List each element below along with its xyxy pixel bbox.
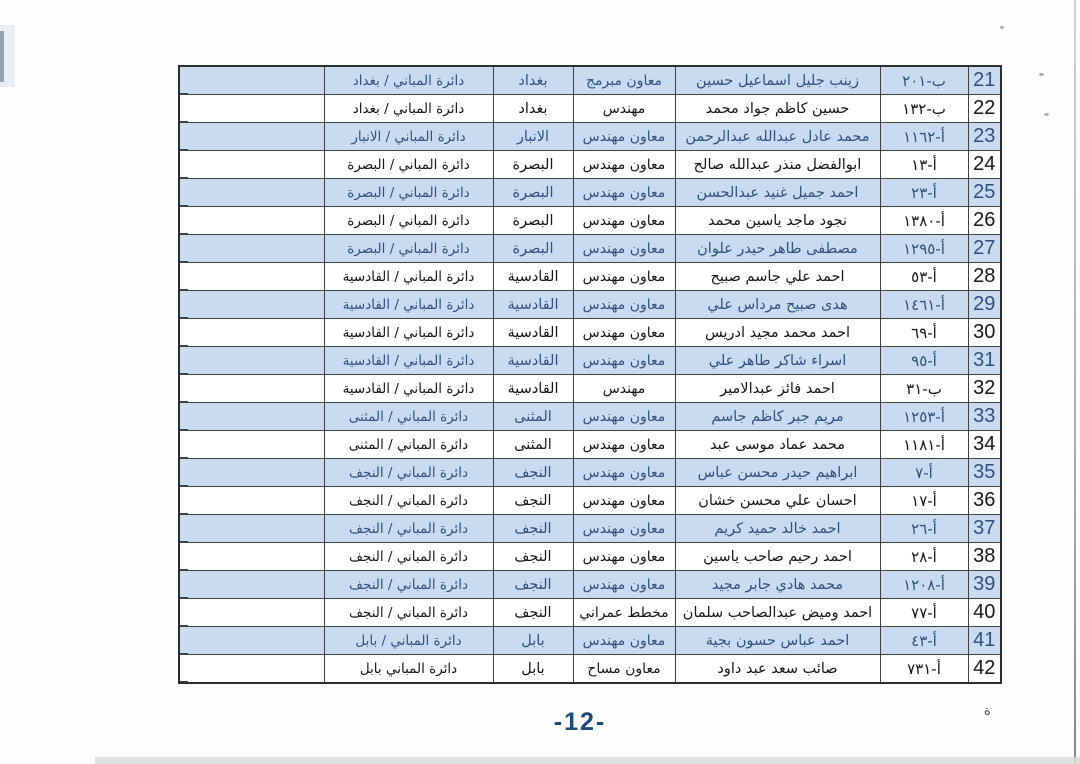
employee-name-cell: مريم جبر كاظم جاسم <box>675 403 880 431</box>
row-number-cell: 28 <box>968 263 1001 291</box>
employee-code-cell: ب-١٣٢ <box>880 95 968 123</box>
page-number: -12- <box>554 708 606 737</box>
department-cell: دائرة المباني / النجف <box>324 599 493 627</box>
employee-name-cell: احمد رحيم صاحب ياسين <box>675 543 880 571</box>
table-row: 23أ-١١٦٢محمد عادل عبدالله عبدالرحمنمعاون… <box>179 123 1001 151</box>
governorate-cell: بابل <box>493 655 573 684</box>
employee-code-cell: أ-١٧ <box>880 487 968 515</box>
job-title-cell: مهندس <box>573 95 675 123</box>
table-row: 33أ-١٢٥٣مريم جبر كاظم جاسممعاون مهندسالم… <box>179 403 1001 431</box>
employee-code-cell: أ-٦٩ <box>880 319 968 347</box>
employee-code-cell: أ-١٣ <box>880 151 968 179</box>
row-number-cell: 42 <box>968 655 1001 684</box>
job-title-cell: مخطط عمراني <box>573 599 675 627</box>
table-row: 35أ-٧ابراهيم حيدر محسن عباسمعاون مهندسال… <box>179 459 1001 487</box>
employee-code-cell: أ-١١٦٢ <box>880 123 968 151</box>
employee-code-cell: ب-٢٠١ <box>880 66 968 95</box>
blank-cell <box>179 571 324 599</box>
job-title-cell: معاون مهندس <box>573 627 675 655</box>
scanned-document-page: 21ب-٢٠١زينب جليل اسماعيل حسينمعاون مبرمج… <box>0 0 1080 764</box>
job-title-cell: معاون مهندس <box>573 179 675 207</box>
employee-code-cell: ب-٣١ <box>880 375 968 403</box>
blank-cell <box>179 431 324 459</box>
table-row: 24أ-١٣ابوالفضل منذر عبدالله صالحمعاون مه… <box>179 151 1001 179</box>
employee-code-cell: أ-٤٣ <box>880 627 968 655</box>
department-cell: دائرة المباني / بغداد <box>324 95 493 123</box>
employee-code-cell: أ-٢٣ <box>880 179 968 207</box>
row-number-cell: 30 <box>968 319 1001 347</box>
employee-code-cell: أ-١٢٥٣ <box>880 403 968 431</box>
governorate-cell: النجف <box>493 599 573 627</box>
governorate-cell: البصرة <box>493 235 573 263</box>
employee-name-cell: محمد عادل عبدالله عبدالرحمن <box>675 123 880 151</box>
blank-cell <box>179 179 324 207</box>
job-title-cell: معاون مهندس <box>573 319 675 347</box>
scan-bottom-shadow <box>95 757 1080 764</box>
blank-cell <box>179 207 324 235</box>
employee-name-cell: احسان علي محسن خشان <box>675 487 880 515</box>
row-number-cell: 41 <box>968 627 1001 655</box>
blank-cell <box>179 347 324 375</box>
blank-cell <box>179 263 324 291</box>
department-cell: دائرة المباني / النجف <box>324 543 493 571</box>
blank-cell <box>179 655 324 684</box>
governorate-cell: النجف <box>493 487 573 515</box>
employee-code-cell: أ-٧٧ <box>880 599 968 627</box>
row-number-cell: 37 <box>968 515 1001 543</box>
row-number-cell: 31 <box>968 347 1001 375</box>
blank-cell <box>179 151 324 179</box>
governorate-cell: النجف <box>493 543 573 571</box>
department-cell: دائرة المباني / بابل <box>324 627 493 655</box>
governorate-cell: القادسية <box>493 347 573 375</box>
department-cell: دائرة المباني / القادسية <box>324 291 493 319</box>
row-number-cell: 35 <box>968 459 1001 487</box>
employee-code-cell: أ-٢٦ <box>880 515 968 543</box>
job-title-cell: معاون مهندس <box>573 235 675 263</box>
employee-name-cell: احمد محمد مجيد ادريس <box>675 319 880 347</box>
table-row: 38أ-٢٨احمد رحيم صاحب ياسينمعاون مهندسالن… <box>179 543 1001 571</box>
department-cell: دائرة المباني / البصرة <box>324 235 493 263</box>
governorate-cell: المثنى <box>493 403 573 431</box>
department-cell: دائرة المباني / القادسية <box>324 263 493 291</box>
employee-table-body: 21ب-٢٠١زينب جليل اسماعيل حسينمعاون مبرمج… <box>179 66 1001 683</box>
row-number-cell: 29 <box>968 291 1001 319</box>
department-cell: دائرة المباني / القادسية <box>324 347 493 375</box>
job-title-cell: معاون مهندس <box>573 431 675 459</box>
blank-cell <box>179 403 324 431</box>
department-cell: دائرة المباني / القادسية <box>324 375 493 403</box>
employee-name-cell: صائب سعد عبد داود <box>675 655 880 684</box>
row-number-cell: 25 <box>968 179 1001 207</box>
table-row: 28أ-٥٣احمد علي جاسم صبيحمعاون مهندسالقاد… <box>179 263 1001 291</box>
table-row: 29أ-١٤٦١هدى صبيح مرداس عليمعاون مهندسالق… <box>179 291 1001 319</box>
employee-name-cell: احمد خالد حميد كريم <box>675 515 880 543</box>
job-title-cell: معاون مهندس <box>573 543 675 571</box>
table-row: 37أ-٢٦احمد خالد حميد كريممعاون مهندسالنج… <box>179 515 1001 543</box>
row-number-cell: 32 <box>968 375 1001 403</box>
job-title-cell: معاون مهندس <box>573 151 675 179</box>
employee-code-cell: أ-١٤٦١ <box>880 291 968 319</box>
scan-right-edge-line <box>1074 0 1076 764</box>
blank-cell <box>179 235 324 263</box>
department-cell: دائرة المباني / الانبار <box>324 123 493 151</box>
department-cell: دائرة المباني / النجف <box>324 515 493 543</box>
row-number-cell: 24 <box>968 151 1001 179</box>
employee-code-cell: أ-١١٨١ <box>880 431 968 459</box>
table-row: 25أ-٢٣احمد جميل غنيد عبدالحسنمعاون مهندس… <box>179 179 1001 207</box>
blank-cell <box>179 459 324 487</box>
governorate-cell: النجف <box>493 515 573 543</box>
blank-cell <box>179 95 324 123</box>
department-cell: دائرة المباني / النجف <box>324 487 493 515</box>
governorate-cell: البصرة <box>493 207 573 235</box>
employee-name-cell: ابوالفضل منذر عبدالله صالح <box>675 151 880 179</box>
employee-code-cell: أ-٥٣ <box>880 263 968 291</box>
job-title-cell: معاون مهندس <box>573 263 675 291</box>
job-title-cell: معاون مهندس <box>573 571 675 599</box>
job-title-cell: معاون مساح <box>573 655 675 684</box>
employee-table: 21ب-٢٠١زينب جليل اسماعيل حسينمعاون مبرمج… <box>178 65 1002 684</box>
blank-cell <box>179 543 324 571</box>
employee-name-cell: مصطفى طاهر حيدر علوان <box>675 235 880 263</box>
blank-cell <box>179 627 324 655</box>
governorate-cell: القادسية <box>493 263 573 291</box>
governorate-cell: القادسية <box>493 291 573 319</box>
employee-name-cell: نجود ماجد ياسين محمد <box>675 207 880 235</box>
job-title-cell: معاون مهندس <box>573 123 675 151</box>
job-title-cell: معاون مهندس <box>573 403 675 431</box>
employee-name-cell: محمد عماد موسى عبد <box>675 431 880 459</box>
employee-name-cell: اسراء شاكر طاهر علي <box>675 347 880 375</box>
department-cell: دائرة المباني / النجف <box>324 571 493 599</box>
table-row: 40أ-٧٧احمد وميض عبدالصاحب سلمانمخطط عمرا… <box>179 599 1001 627</box>
department-cell: دائرة المباني بابل <box>324 655 493 684</box>
row-number-cell: 40 <box>968 599 1001 627</box>
table-row: 41أ-٤٣احمد عباس حسون بجيةمعاون مهندسبابل… <box>179 627 1001 655</box>
job-title-cell: معاون مهندس <box>573 459 675 487</box>
employee-name-cell: حسين كاظم جواد محمد <box>675 95 880 123</box>
department-cell: دائرة المباني / البصرة <box>324 207 493 235</box>
employee-name-cell: احمد عباس حسون بجية <box>675 627 880 655</box>
employee-name-cell: احمد فائز عبدالامير <box>675 375 880 403</box>
table-row: 27أ-١٢٩٥مصطفى طاهر حيدر علوانمعاون مهندس… <box>179 235 1001 263</box>
employee-name-cell: محمد هادي جابر مجيد <box>675 571 880 599</box>
department-cell: دائرة المباني / القادسية <box>324 319 493 347</box>
job-title-cell: معاون مهندس <box>573 515 675 543</box>
row-number-cell: 33 <box>968 403 1001 431</box>
governorate-cell: المثنى <box>493 431 573 459</box>
job-title-cell: معاون مهندس <box>573 207 675 235</box>
governorate-cell: القادسية <box>493 319 573 347</box>
table-row: 34أ-١١٨١محمد عماد موسى عبدمعاون مهندسالم… <box>179 431 1001 459</box>
department-cell: دائرة المباني / البصرة <box>324 179 493 207</box>
row-number-cell: 22 <box>968 95 1001 123</box>
employee-code-cell: أ-٧ <box>880 459 968 487</box>
employee-name-cell: احمد وميض عبدالصاحب سلمان <box>675 599 880 627</box>
table-row: 39أ-١٢٠٨محمد هادي جابر مجيدمعاون مهندسال… <box>179 571 1001 599</box>
job-title-cell: مهندس <box>573 375 675 403</box>
governorate-cell: البصرة <box>493 151 573 179</box>
job-title-cell: معاون مهندس <box>573 347 675 375</box>
governorate-cell: بابل <box>493 627 573 655</box>
scan-edge-mark <box>0 31 4 82</box>
row-number-cell: 26 <box>968 207 1001 235</box>
department-cell: دائرة المباني / بغداد <box>324 66 493 95</box>
job-title-cell: معاون مهندس <box>573 291 675 319</box>
employee-name-cell: زينب جليل اسماعيل حسين <box>675 66 880 95</box>
table-row: 30أ-٦٩احمد محمد مجيد ادريسمعاون مهندسالق… <box>179 319 1001 347</box>
row-number-cell: 34 <box>968 431 1001 459</box>
blank-cell <box>179 319 324 347</box>
row-number-cell: 21 <box>968 66 1001 95</box>
row-number-cell: 23 <box>968 123 1001 151</box>
employee-code-cell: أ-١٣٨٠ <box>880 207 968 235</box>
employee-code-cell: أ-٢٨ <box>880 543 968 571</box>
blank-cell <box>179 599 324 627</box>
employee-name-cell: احمد علي جاسم صبيح <box>675 263 880 291</box>
governorate-cell: الانبار <box>493 123 573 151</box>
employee-name-cell: هدى صبيح مرداس علي <box>675 291 880 319</box>
table-row: 26أ-١٣٨٠نجود ماجد ياسين محمدمعاون مهندسا… <box>179 207 1001 235</box>
employee-code-cell: أ-٧٣١ <box>880 655 968 684</box>
table-row: 31أ-٩٥اسراء شاكر طاهر عليمعاون مهندسالقا… <box>179 347 1001 375</box>
table-row: 22ب-١٣٢حسين كاظم جواد محمدمهندسبغداددائر… <box>179 95 1001 123</box>
job-title-cell: معاون مبرمج <box>573 66 675 95</box>
blank-cell <box>179 291 324 319</box>
employee-code-cell: أ-٩٥ <box>880 347 968 375</box>
department-cell: دائرة المباني / المثنى <box>324 403 493 431</box>
blank-cell <box>179 375 324 403</box>
governorate-cell: بغداد <box>493 95 573 123</box>
governorate-cell: البصرة <box>493 179 573 207</box>
department-cell: دائرة المباني / المثنى <box>324 431 493 459</box>
employee-name-cell: احمد جميل غنيد عبدالحسن <box>675 179 880 207</box>
scan-speck <box>1000 26 1004 29</box>
governorate-cell: بغداد <box>493 66 573 95</box>
blank-cell <box>179 487 324 515</box>
table-row: 32ب-٣١احمد فائز عبدالاميرمهندسالقادسيةدا… <box>179 375 1001 403</box>
table-row: 42أ-٧٣١صائب سعد عبد داودمعاون مساحبابلدا… <box>179 655 1001 684</box>
scan-speck <box>1044 113 1049 116</box>
governorate-cell: النجف <box>493 459 573 487</box>
corner-mark: ة <box>984 704 991 719</box>
blank-cell <box>179 66 324 95</box>
row-number-cell: 38 <box>968 543 1001 571</box>
blank-cell <box>179 515 324 543</box>
employee-code-cell: أ-١٢٠٨ <box>880 571 968 599</box>
employee-name-cell: ابراهيم حيدر محسن عباس <box>675 459 880 487</box>
table-row: 21ب-٢٠١زينب جليل اسماعيل حسينمعاون مبرمج… <box>179 66 1001 95</box>
scan-speck <box>1039 73 1044 76</box>
row-number-cell: 27 <box>968 235 1001 263</box>
row-number-cell: 39 <box>968 571 1001 599</box>
row-number-cell: 36 <box>968 487 1001 515</box>
blank-cell <box>179 123 324 151</box>
department-cell: دائرة المباني / البصرة <box>324 151 493 179</box>
department-cell: دائرة المباني / النجف <box>324 459 493 487</box>
governorate-cell: النجف <box>493 571 573 599</box>
governorate-cell: القادسية <box>493 375 573 403</box>
employee-code-cell: أ-١٢٩٥ <box>880 235 968 263</box>
job-title-cell: معاون مهندس <box>573 487 675 515</box>
table-row: 36أ-١٧احسان علي محسن خشانمعاون مهندسالنج… <box>179 487 1001 515</box>
